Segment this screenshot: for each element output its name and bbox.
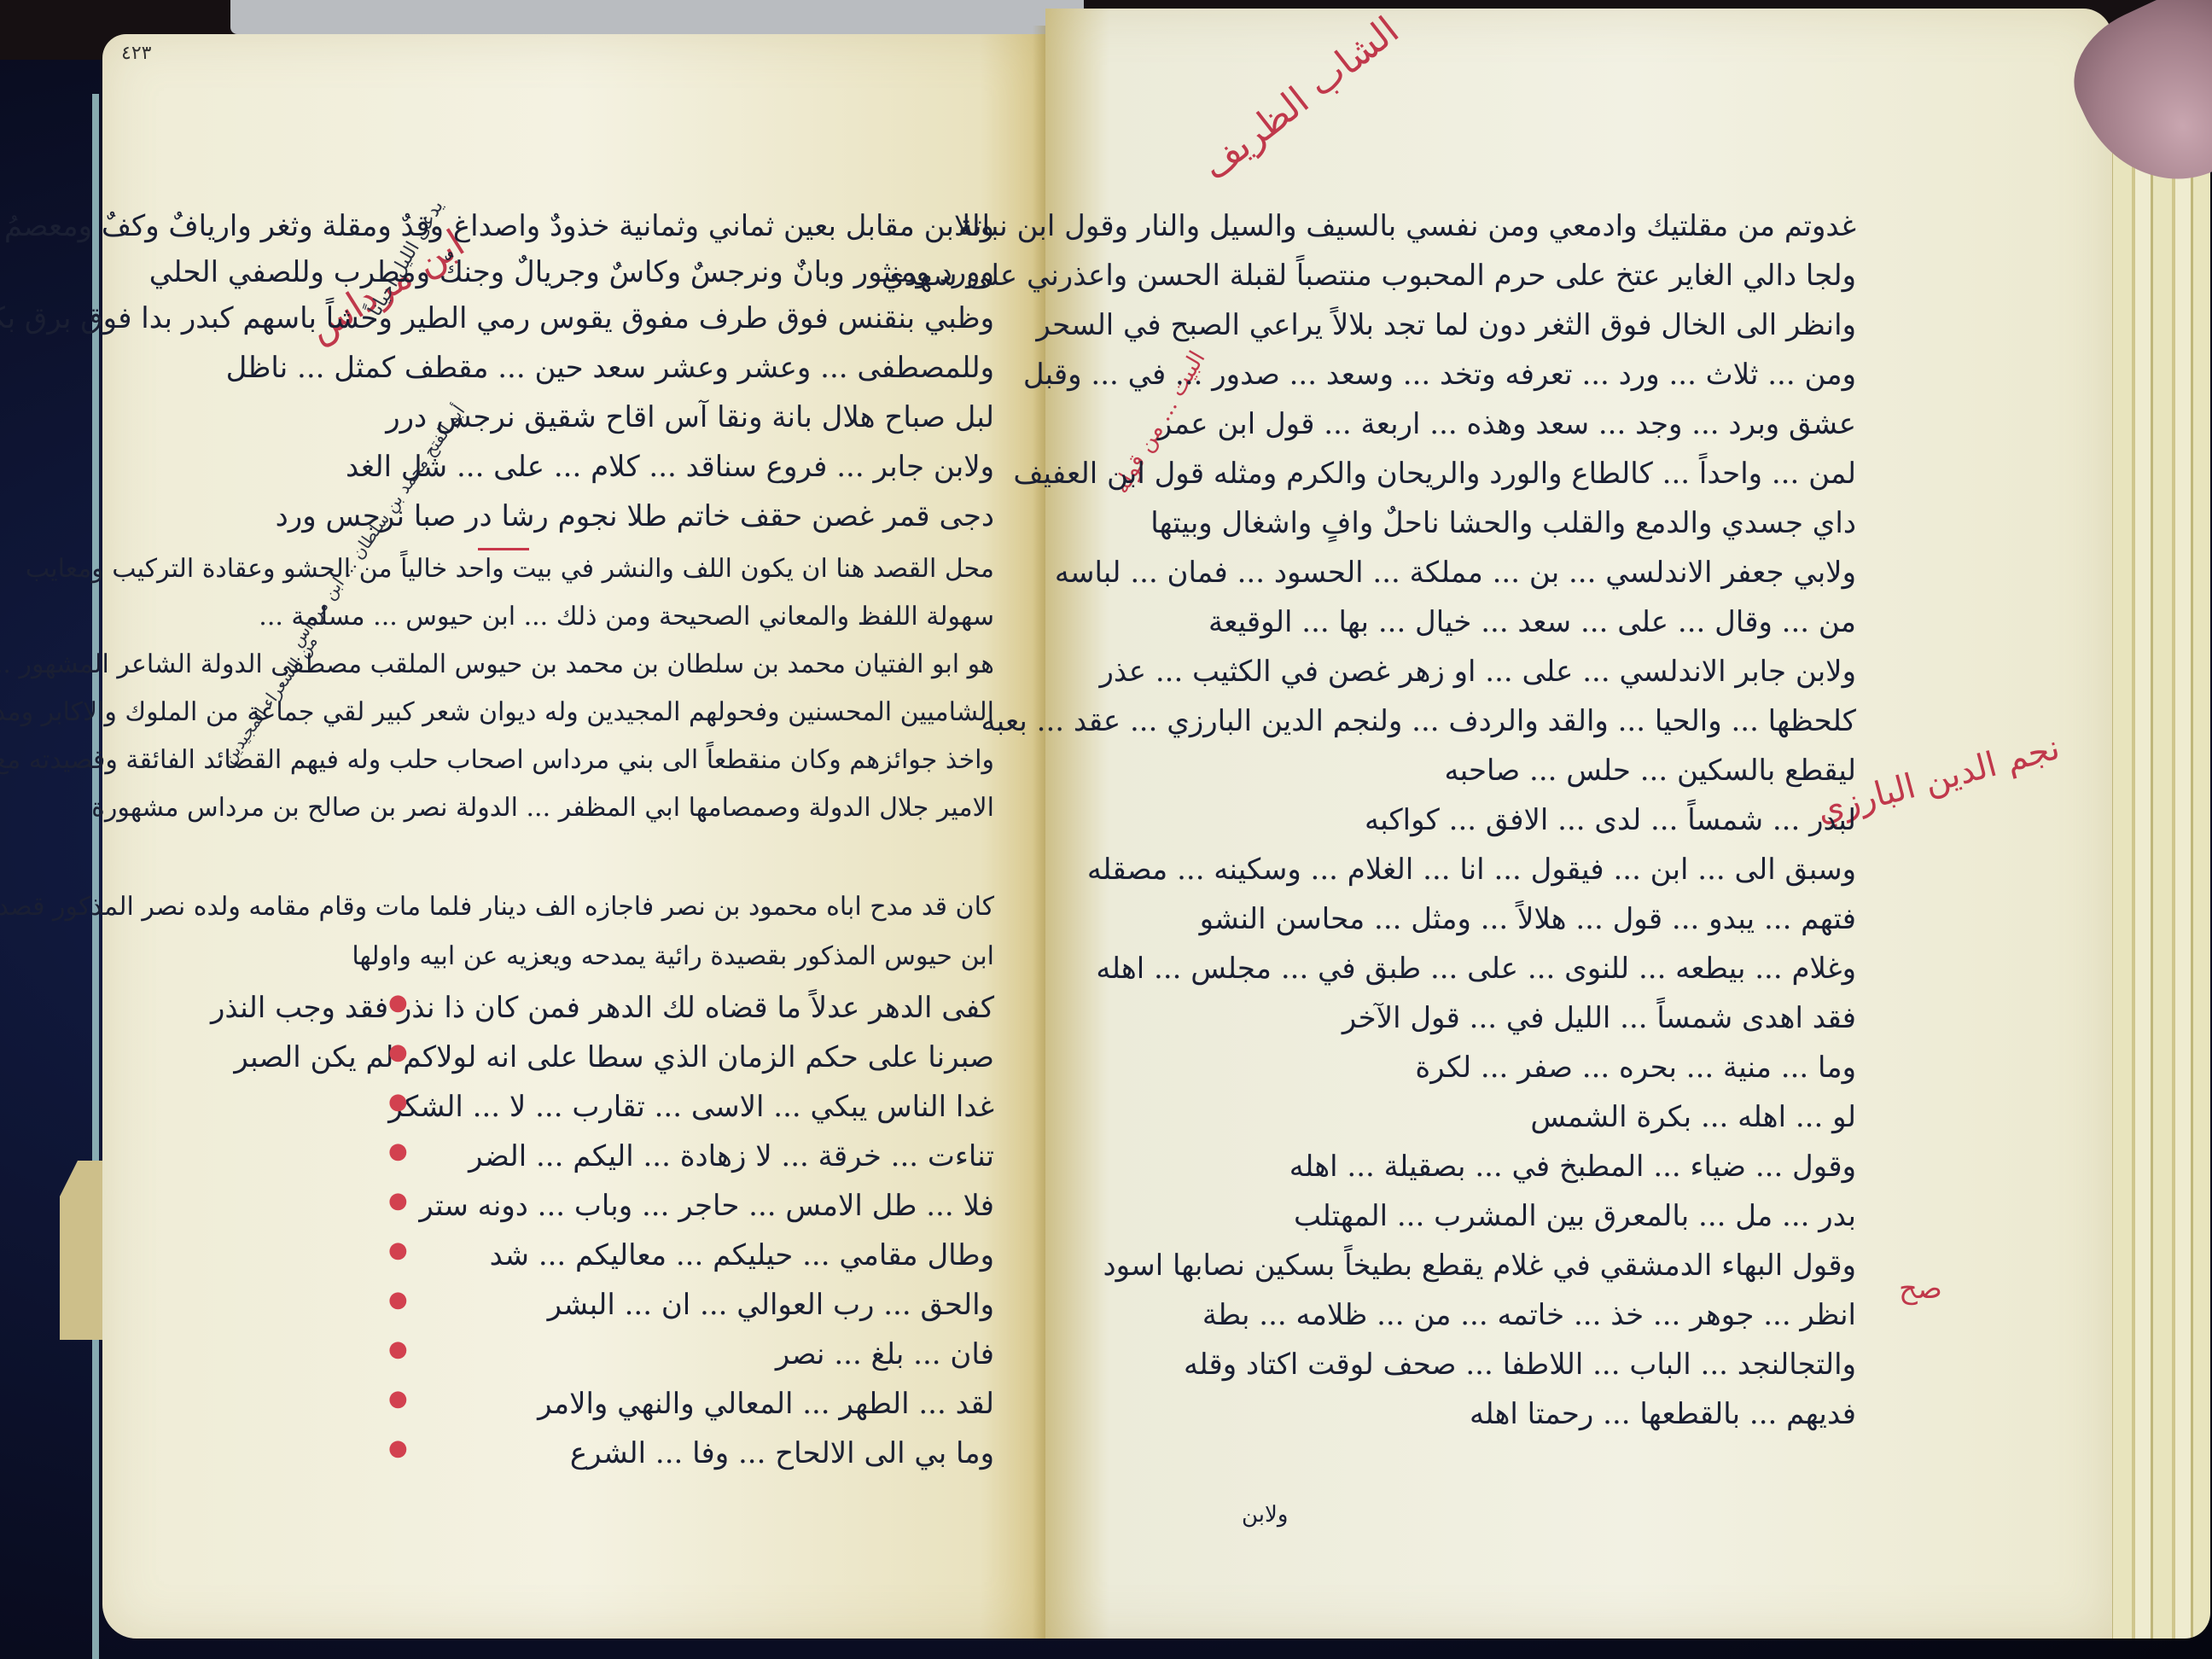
text-line: سهولة اللفظ والمعاني الصحيحة ومن ذلك ...…: [259, 604, 994, 630]
text-line: ليقطع بالسكين ... حلس ... صاحبه: [1445, 756, 1856, 785]
text-line: كلحظها ... والحيا ... والقد والردف ... و…: [981, 707, 1856, 736]
page-number: ٤٢٣: [121, 43, 151, 64]
red-verse-marker: ●: [388, 1039, 408, 1065]
text-line: وانظر الى الخال فوق الثغر دون لما تجد بل…: [1036, 311, 1856, 340]
text-line: فان ... بلغ ... نصر: [776, 1340, 994, 1369]
text-line: من ... وقال ... على ... سعد ... خيال ...…: [1208, 608, 1856, 637]
red-verse-marker: ●: [388, 1435, 408, 1461]
text-line: ولجا دالي الغاير عتخ على حرم المحبوب منت…: [882, 261, 1856, 290]
red-verse-marker: ●: [388, 1089, 408, 1115]
text-line: لو ... اهله ... بكرة الشمس: [1530, 1103, 1856, 1132]
text-line: وورد ومنثور وبانٌ ونرجسٌ وكاسٌ وجريالٌ و…: [149, 258, 994, 287]
loose-paper-top: [230, 0, 1084, 34]
open-manuscript: ٤٢٣ ابن مرداس يدعى الليل احياناً أبو الف…: [102, 34, 2210, 1639]
text-line: وما ... منية ... بحره ... صفر ... لكرة: [1415, 1053, 1856, 1082]
text-line: محل القصد هنا ان يكون اللف والنشر في بيت…: [26, 556, 994, 582]
text-line: وظبي بنقنس فوق طرف مفوق يقوس رمي الطير و…: [0, 304, 994, 333]
red-verse-marker: ●: [388, 1188, 408, 1214]
right-page: الشاب الظريف نجم الدين البارزي البيت ...…: [1045, 9, 2112, 1639]
text-line: غدا الناس يبكي ... الاسى ... تقارب ... ل…: [388, 1092, 994, 1121]
text-line: وقول ... ضياء ... المطبخ في ... بصقيلة .…: [1289, 1152, 1856, 1181]
red-verse-marker: ●: [388, 1287, 408, 1313]
text-line: دجى قمر غصن حقف خاتم طلا نجوم رشا در صبا…: [276, 502, 994, 531]
text-line: لبدر ... شمساً ... لدى ... الافق ... كوا…: [1365, 806, 1856, 835]
text-line: تناءت ... خرقة ... لا زهادة ... اليكم ..…: [469, 1142, 994, 1171]
text-line: وقول البهاء الدمشقي في غلام يقطع بطيخاً …: [1103, 1251, 1856, 1280]
catchword: ولابن: [1242, 1502, 1288, 1528]
text-line: ابن حيوس المذكور بقصيدة رائية يمدحه ويعز…: [352, 944, 994, 969]
text-line: وسبق الى ... ابن ... فيقول ... انا ... ا…: [1087, 855, 1856, 884]
text-line: وما بي الى الالحاح ... وفا ... الشرع: [570, 1439, 994, 1468]
text-line: ولابن جابر الاندلسي ... على ... او زهر غ…: [1099, 657, 1856, 686]
bottom-margin-red-note: صح: [1899, 1272, 1942, 1306]
text-line: عشق وبرد ... وجد ... سعد وهذه ... اربعة …: [1158, 410, 1856, 439]
text-line: انظر ... جوهر ... خذ ... خاتمه ... من ..…: [1202, 1301, 1856, 1330]
text-line: ومن ... ثلاث ... ورد ... تعرفه وتخد ... …: [1023, 360, 1856, 389]
text-line: فتهم ... يبدو ... قول ... هلالاً ... ومث…: [1200, 905, 1856, 934]
text-line: صبرنا على حكم الزمان الذي سطا على انه لو…: [234, 1043, 994, 1072]
text-line: فلا ... طل الامس ... حاجر ... وباب ... د…: [419, 1191, 994, 1220]
red-verse-marker: ●: [388, 990, 408, 1016]
text-line: وللمصطفى ... وعشر وعشر سعد حين ... مقطف …: [226, 353, 994, 382]
text-line: وللابن مقابل بعين ثماني وثمانية خذودٌ وا…: [4, 212, 994, 241]
red-verse-marker: ●: [388, 1138, 408, 1164]
text-line: فقد اهدى شمساً ... الليل في ... قول الآخ…: [1342, 1004, 1856, 1033]
text-line: واخذ جوائزهم وكان منقطعاً الى بني مرداس …: [0, 748, 994, 773]
text-line: لبل صباح هلال بانة ونقا آس اقاح شقيق نرج…: [386, 403, 994, 432]
text-line: بدر ... مل ... بالمعرق بين المشرب ... ال…: [1294, 1202, 1856, 1231]
text-line: والتجالنجد ... الباب ... اللاطفا ... صحف…: [1184, 1350, 1856, 1379]
red-verse-marker: ●: [388, 1386, 408, 1412]
text-line: ولابي جعفر الاندلسي ... بن ... مملكة ...…: [1055, 558, 1856, 587]
red-verse-marker: ●: [388, 1336, 408, 1362]
text-line: هو ابو الفتيان محمد بن سلطان بن محمد بن …: [0, 652, 994, 678]
text-line: وغلام ... بيطعه ... للنوى ... على ... طب…: [1096, 954, 1856, 983]
heading-shab-zarif: الشاب الظريف: [1194, 9, 1407, 189]
text-line: لقد ... الطهر ... المعالي والنهي والامر: [538, 1389, 994, 1418]
text-line: ولابن جابر ... فروع سناقد ... كلام ... ع…: [346, 452, 994, 481]
text-line: غدوتم من مقلتيك وادمعي ومن نفسي بالسيف و…: [958, 212, 1856, 241]
text-line: فديهم ... بالقطعها ... رحمتا اهله: [1470, 1400, 1856, 1429]
text-line: لمن ... واحداً ... كالطاع والورد والريحا…: [1013, 459, 1856, 488]
rubric-overline: [478, 548, 529, 550]
text-line: وطال مقامي ... حيليكم ... معاليكم ... شد: [490, 1241, 994, 1270]
text-line: الامير جلال الدولة وصمصامها ابي المظفر .…: [91, 795, 994, 821]
red-verse-marker: ●: [388, 1237, 408, 1263]
text-line: والحق ... رب العوالي ... ان ... البشر: [548, 1290, 994, 1319]
text-line: الشاميين المحسنين وفحولهم المجيدين وله د…: [0, 700, 994, 725]
text-line: داي جسدي والدمع والقلب والحشا ناحلٌ وافٍ…: [1150, 509, 1856, 538]
text-line: كان قد مدح اباه محمود بن نصر فاجازه الف …: [0, 894, 994, 920]
text-line: كفى الدهر عدلاً ما قضاه لك الدهر فمن كان…: [211, 993, 994, 1022]
